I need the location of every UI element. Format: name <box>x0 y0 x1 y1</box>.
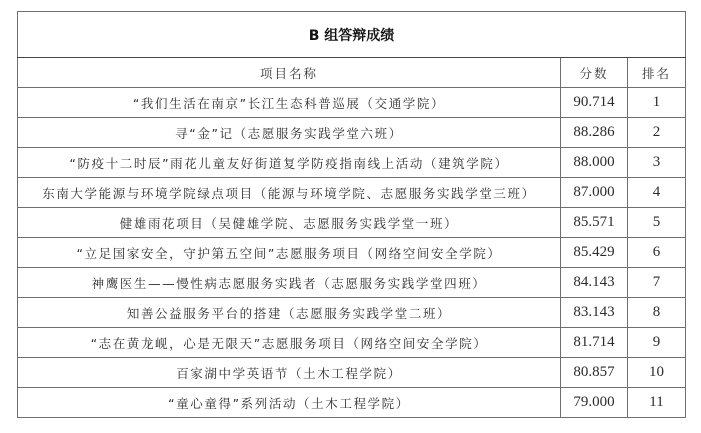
rank: 1 <box>628 88 686 118</box>
table-row: “童心童得”系列活动（土木工程学院） 79.000 11 <box>18 388 686 418</box>
header-score: 分数 <box>561 58 628 88</box>
title-row: B 组答辩成绩 <box>18 12 686 58</box>
header-project-name: 项目名称 <box>18 58 561 88</box>
project-name: 神鹰医生——慢性病志愿服务实践者（志愿服务实践学堂四班） <box>18 268 561 298</box>
score: 85.571 <box>561 208 628 238</box>
score: 90.714 <box>561 88 628 118</box>
project-name: 健雄雨花项目（吴健雄学院、志愿服务实践学堂一班） <box>18 208 561 238</box>
project-name: 寻“金”记（志愿服务实践学堂六班） <box>18 118 561 148</box>
project-name: 知善公益服务平台的搭建（志愿服务实践学堂二班） <box>18 298 561 328</box>
rank: 9 <box>628 328 686 358</box>
rank: 4 <box>628 178 686 208</box>
rank: 7 <box>628 268 686 298</box>
score: 88.000 <box>561 148 628 178</box>
project-name: “志在黄龙岘，心是无限天”志愿服务项目（网络空间安全学院） <box>18 328 561 358</box>
table-row: 知善公益服务平台的搭建（志愿服务实践学堂二班） 83.143 8 <box>18 298 686 328</box>
score: 85.429 <box>561 238 628 268</box>
rank: 2 <box>628 118 686 148</box>
score: 83.143 <box>561 298 628 328</box>
project-name: “童心童得”系列活动（土木工程学院） <box>18 388 561 418</box>
rank: 6 <box>628 238 686 268</box>
table-row: 东南大学能源与环境学院绿点项目（能源与环境学院、志愿服务实践学堂三班） 87.0… <box>18 178 686 208</box>
table-row: “志在黄龙岘，心是无限天”志愿服务项目（网络空间安全学院） 81.714 9 <box>18 328 686 358</box>
header-row: 项目名称 分数 排名 <box>18 58 686 88</box>
table-row: 寻“金”记（志愿服务实践学堂六班） 88.286 2 <box>18 118 686 148</box>
table-title: B 组答辩成绩 <box>18 12 686 58</box>
rank: 8 <box>628 298 686 328</box>
table-row: “立足国家安全，守护第五空间”志愿服务项目（网络空间安全学院） 85.429 6 <box>18 238 686 268</box>
score: 80.857 <box>561 358 628 388</box>
score: 87.000 <box>561 178 628 208</box>
project-name: 东南大学能源与环境学院绿点项目（能源与环境学院、志愿服务实践学堂三班） <box>18 178 561 208</box>
table-row: “防疫十二时辰”雨花儿童友好街道复学防疫指南线上活动（建筑学院） 88.000 … <box>18 148 686 178</box>
table-row: “我们生活在南京”长江生态科普巡展（交通学院） 90.714 1 <box>18 88 686 118</box>
score: 88.286 <box>561 118 628 148</box>
table-row: 健雄雨花项目（吴健雄学院、志愿服务实践学堂一班） 85.571 5 <box>18 208 686 238</box>
project-name: “我们生活在南京”长江生态科普巡展（交通学院） <box>18 88 561 118</box>
project-name: 百家湖中学英语节（土木工程学院） <box>18 358 561 388</box>
rank: 10 <box>628 358 686 388</box>
project-name: “防疫十二时辰”雨花儿童友好街道复学防疫指南线上活动（建筑学院） <box>18 148 561 178</box>
rank: 5 <box>628 208 686 238</box>
rank: 11 <box>628 388 686 418</box>
header-rank: 排名 <box>628 58 686 88</box>
rank: 3 <box>628 148 686 178</box>
table-row: 百家湖中学英语节（土木工程学院） 80.857 10 <box>18 358 686 388</box>
score: 81.714 <box>561 328 628 358</box>
score: 84.143 <box>561 268 628 298</box>
score: 79.000 <box>561 388 628 418</box>
project-name: “立足国家安全，守护第五空间”志愿服务项目（网络空间安全学院） <box>18 238 561 268</box>
table-row: 神鹰医生——慢性病志愿服务实践者（志愿服务实践学堂四班） 84.143 7 <box>18 268 686 298</box>
results-table: B 组答辩成绩 项目名称 分数 排名 “我们生活在南京”长江生态科普巡展（交通学… <box>17 11 686 418</box>
